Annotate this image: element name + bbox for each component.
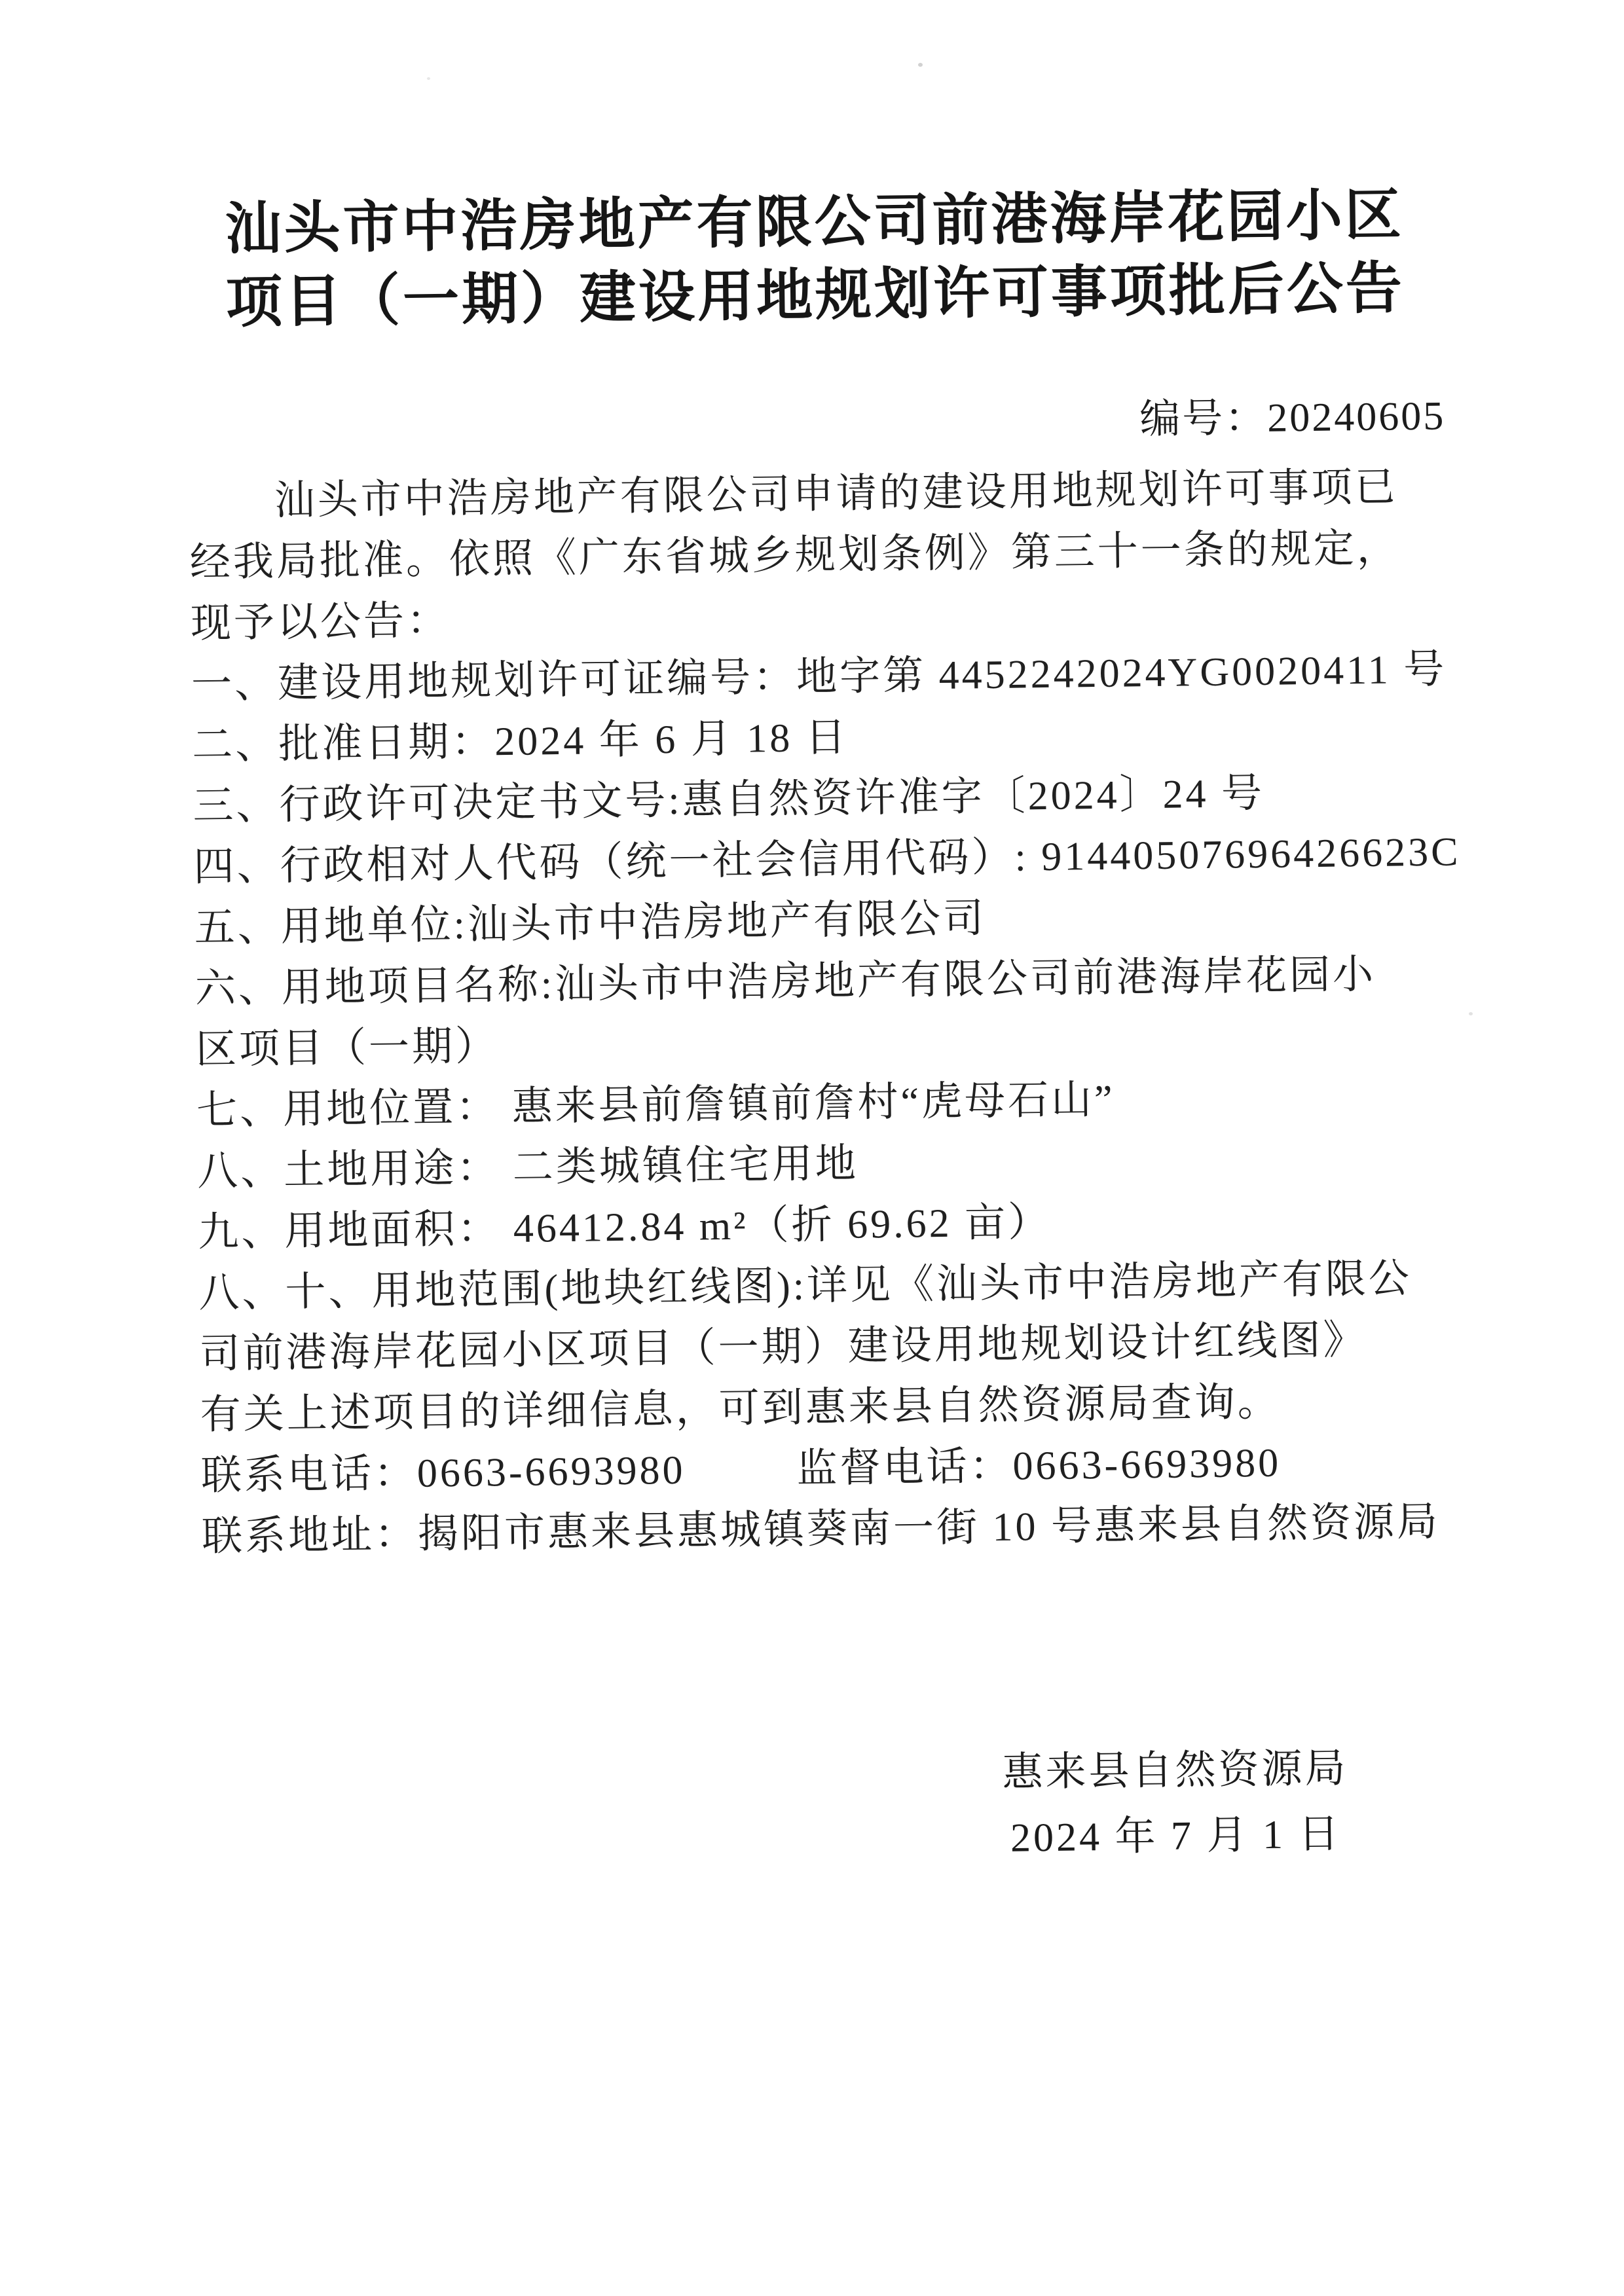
title-line-2: 项目（一期）建设用地规划许可事项批后公告 xyxy=(225,257,1405,334)
supervision-phone: 监督电话：0663-6693980 xyxy=(796,1433,1282,1500)
scan-speck xyxy=(1469,1012,1473,1015)
document-footer: 惠来县自然资源局 2024 年 7 月 1 日 xyxy=(965,1736,1386,1872)
scan-speck xyxy=(427,77,430,80)
document-title: 汕头市中浩房地产有限公司前港海岸花园小区 项目（一期）建设用地规划许可事项批后公… xyxy=(185,178,1445,340)
document-content: 汕头市中浩房地产有限公司前港海岸花园小区 项目（一期）建设用地规划许可事项批后公… xyxy=(185,178,1463,1881)
document-page: 汕头市中浩房地产有限公司前港海岸花园小区 项目（一期）建设用地规划许可事项批后公… xyxy=(0,0,1624,2296)
scan-speck xyxy=(918,63,923,67)
title-line-1: 汕头市中浩房地产有限公司前港海岸花园小区 xyxy=(225,183,1404,261)
document-number: 编号：20240605 xyxy=(188,385,1446,463)
issue-date: 2024 年 7 月 1 日 xyxy=(966,1801,1386,1872)
issuing-authority: 惠来县自然资源局 xyxy=(965,1736,1385,1806)
document-body: 汕头市中浩房地产有限公司申请的建设用地规划许可事项已 经我局批准。依照《广东省城… xyxy=(189,457,1459,1568)
contact-phone: 联系电话：0663-6693980 xyxy=(200,1440,686,1507)
